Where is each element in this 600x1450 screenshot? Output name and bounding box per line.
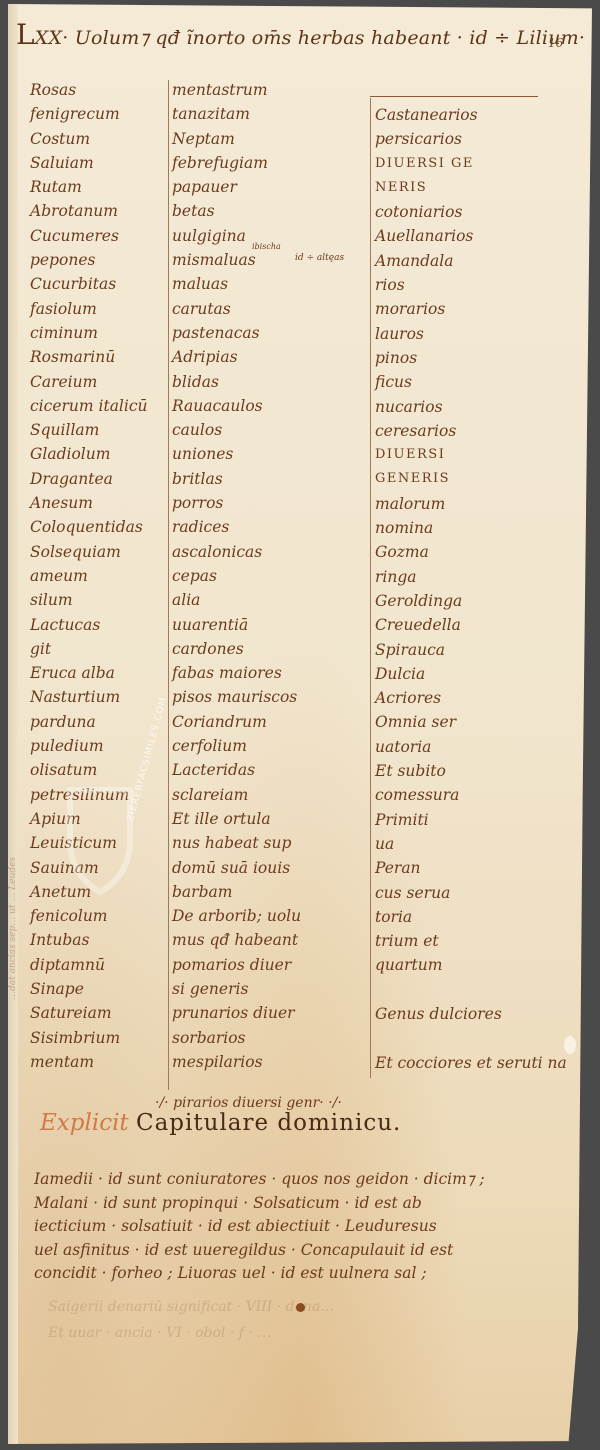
plant-name: mismaluas — [172, 248, 301, 272]
plant-name: Solsequiam — [30, 540, 148, 564]
tree-name: Geroldinga — [375, 589, 567, 613]
plant-name: Saluiam — [30, 151, 148, 175]
tree-name: Castanearios — [375, 103, 567, 127]
explicit-rubric: Explicit Capitulare dominicu. — [40, 1110, 401, 1136]
plant-name: silum — [30, 588, 148, 612]
tree-name: Gozma — [375, 540, 567, 564]
glossary-line: concidit · forheo ; Liuoras uel · id est… — [34, 1262, 554, 1286]
tree-name — [375, 978, 567, 1002]
plant-name: nus habeat sup — [172, 831, 301, 855]
tree-name: trium et — [375, 929, 567, 953]
tree-name: ringa — [375, 565, 567, 589]
tree-name: Peran — [375, 856, 567, 880]
plant-name: papauer — [172, 175, 301, 199]
tree-name: comessura — [375, 783, 567, 807]
plant-name: domū suā iouis — [172, 856, 301, 880]
heading-initial: L — [16, 18, 35, 51]
glossary-line: Malani · id sunt propinqui · Solsaticum … — [34, 1192, 554, 1216]
plant-name: caulos — [172, 418, 301, 442]
plant-name: Rosmarinū — [30, 345, 148, 369]
glossary-block: Iamedii · id sunt coniuratores · quos no… — [34, 1168, 554, 1286]
tree-name: nomina — [375, 516, 567, 540]
plant-name: ameum — [30, 564, 148, 588]
tree-name: malorum — [375, 492, 567, 516]
plant-name: Rauacaulos — [172, 394, 301, 418]
explicit-title: Capitulare dominicu. — [136, 1110, 401, 1136]
tree-name: Auellanarios — [375, 224, 567, 248]
margin-note: …dat ancias sep… ut … Leudes — [8, 300, 26, 1000]
plant-name: olisatum — [30, 758, 148, 782]
tree-name: morarios — [375, 297, 567, 321]
tree-name: DIUERSI GE — [375, 152, 567, 176]
tree-name: Omnia ser — [375, 710, 567, 734]
tree-name: Dulcia — [375, 662, 567, 686]
plant-name: parduna — [30, 710, 148, 734]
plant-name: Rosas — [30, 78, 148, 102]
explicit-red: Explicit — [40, 1110, 129, 1136]
tree-name: Creuedella — [375, 613, 567, 637]
tree-name: lauros — [375, 322, 567, 346]
plant-name: ciminum — [30, 321, 148, 345]
plant-name: Careium — [30, 370, 148, 394]
plant-name: Coriandrum — [172, 710, 301, 734]
tree-name: cotoniarios — [375, 200, 567, 224]
plant-name: Et ille ortula — [172, 807, 301, 831]
tree-name: Acriores — [375, 686, 567, 710]
plant-name: tanazitam — [172, 102, 301, 126]
plant-name: uulgigina — [172, 224, 301, 248]
plant-name: carutas — [172, 297, 301, 321]
plant-name: si generis — [172, 977, 301, 1001]
plant-name: Satureiam — [30, 1001, 148, 1025]
plant-name: Lacteridas — [172, 758, 301, 782]
plant-name: mus qđ habeant — [172, 928, 301, 952]
tree-name: ua — [375, 832, 567, 856]
faded-line: Et uuar · ancia · VI · obol · f · … — [48, 1320, 334, 1346]
plant-name: Gladiolum — [30, 442, 148, 466]
tree-name: DIUERSI — [375, 443, 567, 467]
section-heading: LXX· Uolum⁊ qđ ĩnorto om̄s herbas habean… — [16, 18, 585, 51]
column-top-rule — [370, 96, 538, 97]
plant-list-column-2: mentastrumtanazitamNeptamfebrefugiampapa… — [172, 78, 301, 1074]
plant-name: Lactucas — [30, 613, 148, 637]
tree-name: nucarios — [375, 395, 567, 419]
plant-name: britlas — [172, 467, 301, 491]
plant-name: cicerum italicū — [30, 394, 148, 418]
plant-list-column-1: RosasfenigrecumCostumSaluiamRutamAbrotan… — [30, 78, 148, 1074]
tree-name: cus serua — [375, 881, 567, 905]
tree-name: Primiti — [375, 808, 567, 832]
parchment-hole — [564, 1036, 576, 1054]
plant-name: sorbarios — [172, 1026, 301, 1050]
heading-text: XX· Uolum⁊ qđ ĩnorto om̄s herbas habeant… — [35, 27, 585, 49]
plant-name: git — [30, 637, 148, 661]
plant-name: pastenacas — [172, 321, 301, 345]
tree-name — [375, 1026, 567, 1050]
plant-name: porros — [172, 491, 301, 515]
tree-name: NERIS — [375, 176, 567, 200]
tree-name: rios — [375, 273, 567, 297]
plant-name: Abrotanum — [30, 199, 148, 223]
plant-name: prunarios diuer — [172, 1001, 301, 1025]
tree-name: Amandala — [375, 249, 567, 273]
plant-name: betas — [172, 199, 301, 223]
column-rule-3 — [370, 98, 371, 1078]
interlinear-gloss: id ÷ altęas — [295, 253, 344, 263]
plant-name: fenigrecum — [30, 102, 148, 126]
tree-name: persicarios — [375, 127, 567, 151]
plant-name: ascalonicas — [172, 540, 301, 564]
plant-name: Anesum — [30, 491, 148, 515]
plant-name: barbam — [172, 880, 301, 904]
plant-name: Eruca alba — [30, 661, 148, 685]
plant-name: fenicolum — [30, 904, 148, 928]
ink-stain — [296, 1303, 305, 1312]
plant-name: Coloquentidas — [30, 515, 148, 539]
plant-name: cardones — [172, 637, 301, 661]
plant-name: Costum — [30, 127, 148, 151]
plant-name: blidas — [172, 370, 301, 394]
plant-name: Sinape — [30, 977, 148, 1001]
glossary-line: uel asfinitus · id est uueregildus · Con… — [34, 1239, 554, 1263]
plant-name: Intubas — [30, 928, 148, 952]
plant-name: fabas maiores — [172, 661, 301, 685]
plant-name: pomarios diuer — [172, 953, 301, 977]
plant-name: diptamnū — [30, 953, 148, 977]
plant-name: De arborib; uolu — [172, 904, 301, 928]
plant-name: Rutam — [30, 175, 148, 199]
interlinear-gloss-superscript: ibischa — [252, 242, 281, 251]
plant-name: Squillam — [30, 418, 148, 442]
plant-name: maluas — [172, 272, 301, 296]
insertion-line: ·/· pirarios diuersi genr· ·/· — [155, 1095, 342, 1111]
folio-number: 16 — [548, 36, 563, 50]
plant-name: Sisimbrium — [30, 1026, 148, 1050]
plant-name: mespilarios — [172, 1050, 301, 1074]
plant-name: mentam — [30, 1050, 148, 1074]
plant-name: Cucurbitas — [30, 272, 148, 296]
column-rule-2 — [168, 80, 169, 1090]
tree-name: Spirauca — [375, 638, 567, 662]
plant-name: Cucumeres — [30, 224, 148, 248]
glossary-line: iecticium · solsatiuit · id est abiectiu… — [34, 1215, 554, 1239]
plant-name: Dragantea — [30, 467, 148, 491]
tree-name: GENERIS — [375, 467, 567, 491]
plant-name: Adripias — [172, 345, 301, 369]
plant-name: mentastrum — [172, 78, 301, 102]
plant-name: alia — [172, 588, 301, 612]
plant-name: uniones — [172, 442, 301, 466]
plant-name: fasiolum — [30, 297, 148, 321]
faded-text-block: Saigerii denariū significat · VIII · den… — [48, 1294, 334, 1346]
tree-name: quartum — [375, 953, 567, 977]
plant-name: sclareiam — [172, 783, 301, 807]
faded-line: Saigerii denariū significat · VIII · den… — [48, 1294, 334, 1320]
plant-name: pisos mauriscos — [172, 685, 301, 709]
plant-name: cerfolium — [172, 734, 301, 758]
tree-name: uatoria — [375, 735, 567, 759]
plant-name: puledium — [30, 734, 148, 758]
tree-name: Genus dulciores — [375, 1002, 567, 1026]
plant-name: uuarentiā — [172, 613, 301, 637]
tree-name: Et subito — [375, 759, 567, 783]
plant-name: pepones — [30, 248, 148, 272]
glossary-line: Iamedii · id sunt coniuratores · quos no… — [34, 1168, 554, 1192]
tree-name: ceresarios — [375, 419, 567, 443]
tree-list-column-3: CastaneariospersicariosDIUERSI GENERISco… — [375, 103, 567, 1075]
plant-name: febrefugiam — [172, 151, 301, 175]
plant-name: Neptam — [172, 127, 301, 151]
tree-name: toria — [375, 905, 567, 929]
plant-name: cepas — [172, 564, 301, 588]
tree-name: pinos — [375, 346, 567, 370]
plant-name: radices — [172, 515, 301, 539]
tree-name: Et cocciores et seruti na — [375, 1051, 567, 1075]
tree-name: ficus — [375, 370, 567, 394]
plant-name: Nasturtium — [30, 685, 148, 709]
